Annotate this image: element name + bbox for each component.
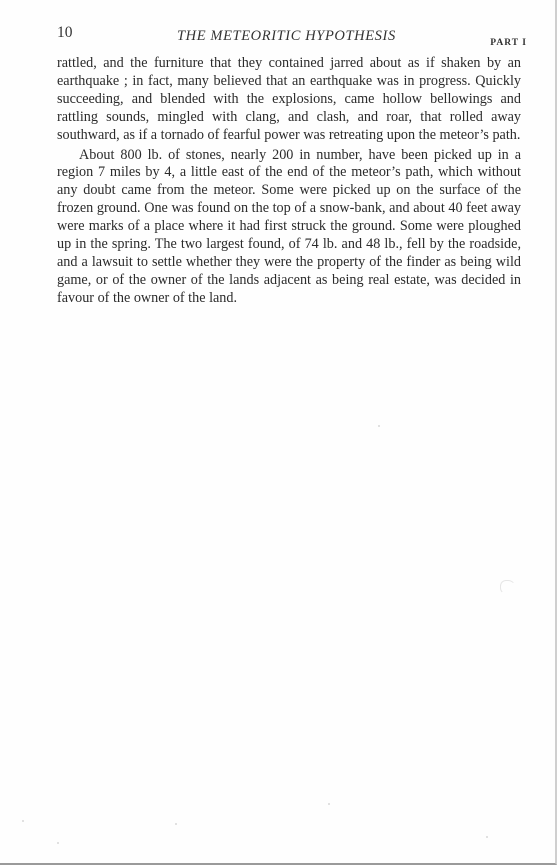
part-label: PART I [490,38,527,48]
paragraph-continuation: rattled, and the furniture that they con… [57,55,521,145]
paper-speck [22,820,24,822]
body-text: rattled, and the furniture that they con… [57,55,521,308]
paper-speck [486,836,488,838]
paper-speck [175,823,177,825]
running-head: 10 THE METEORITIC HYPOTHESIS PART I [57,24,527,48]
paragraph-stones: About 800 lb. of stones, nearly 200 in n… [57,147,521,308]
paper-speck [328,803,330,805]
paper-mark [500,580,516,594]
book-page: 10 THE METEORITIC HYPOTHESIS PART I ratt… [0,0,557,865]
page-number: 10 [57,24,73,42]
paper-speck [57,842,59,844]
paper-speck [378,425,380,427]
running-title: THE METEORITIC HYPOTHESIS [177,28,396,45]
